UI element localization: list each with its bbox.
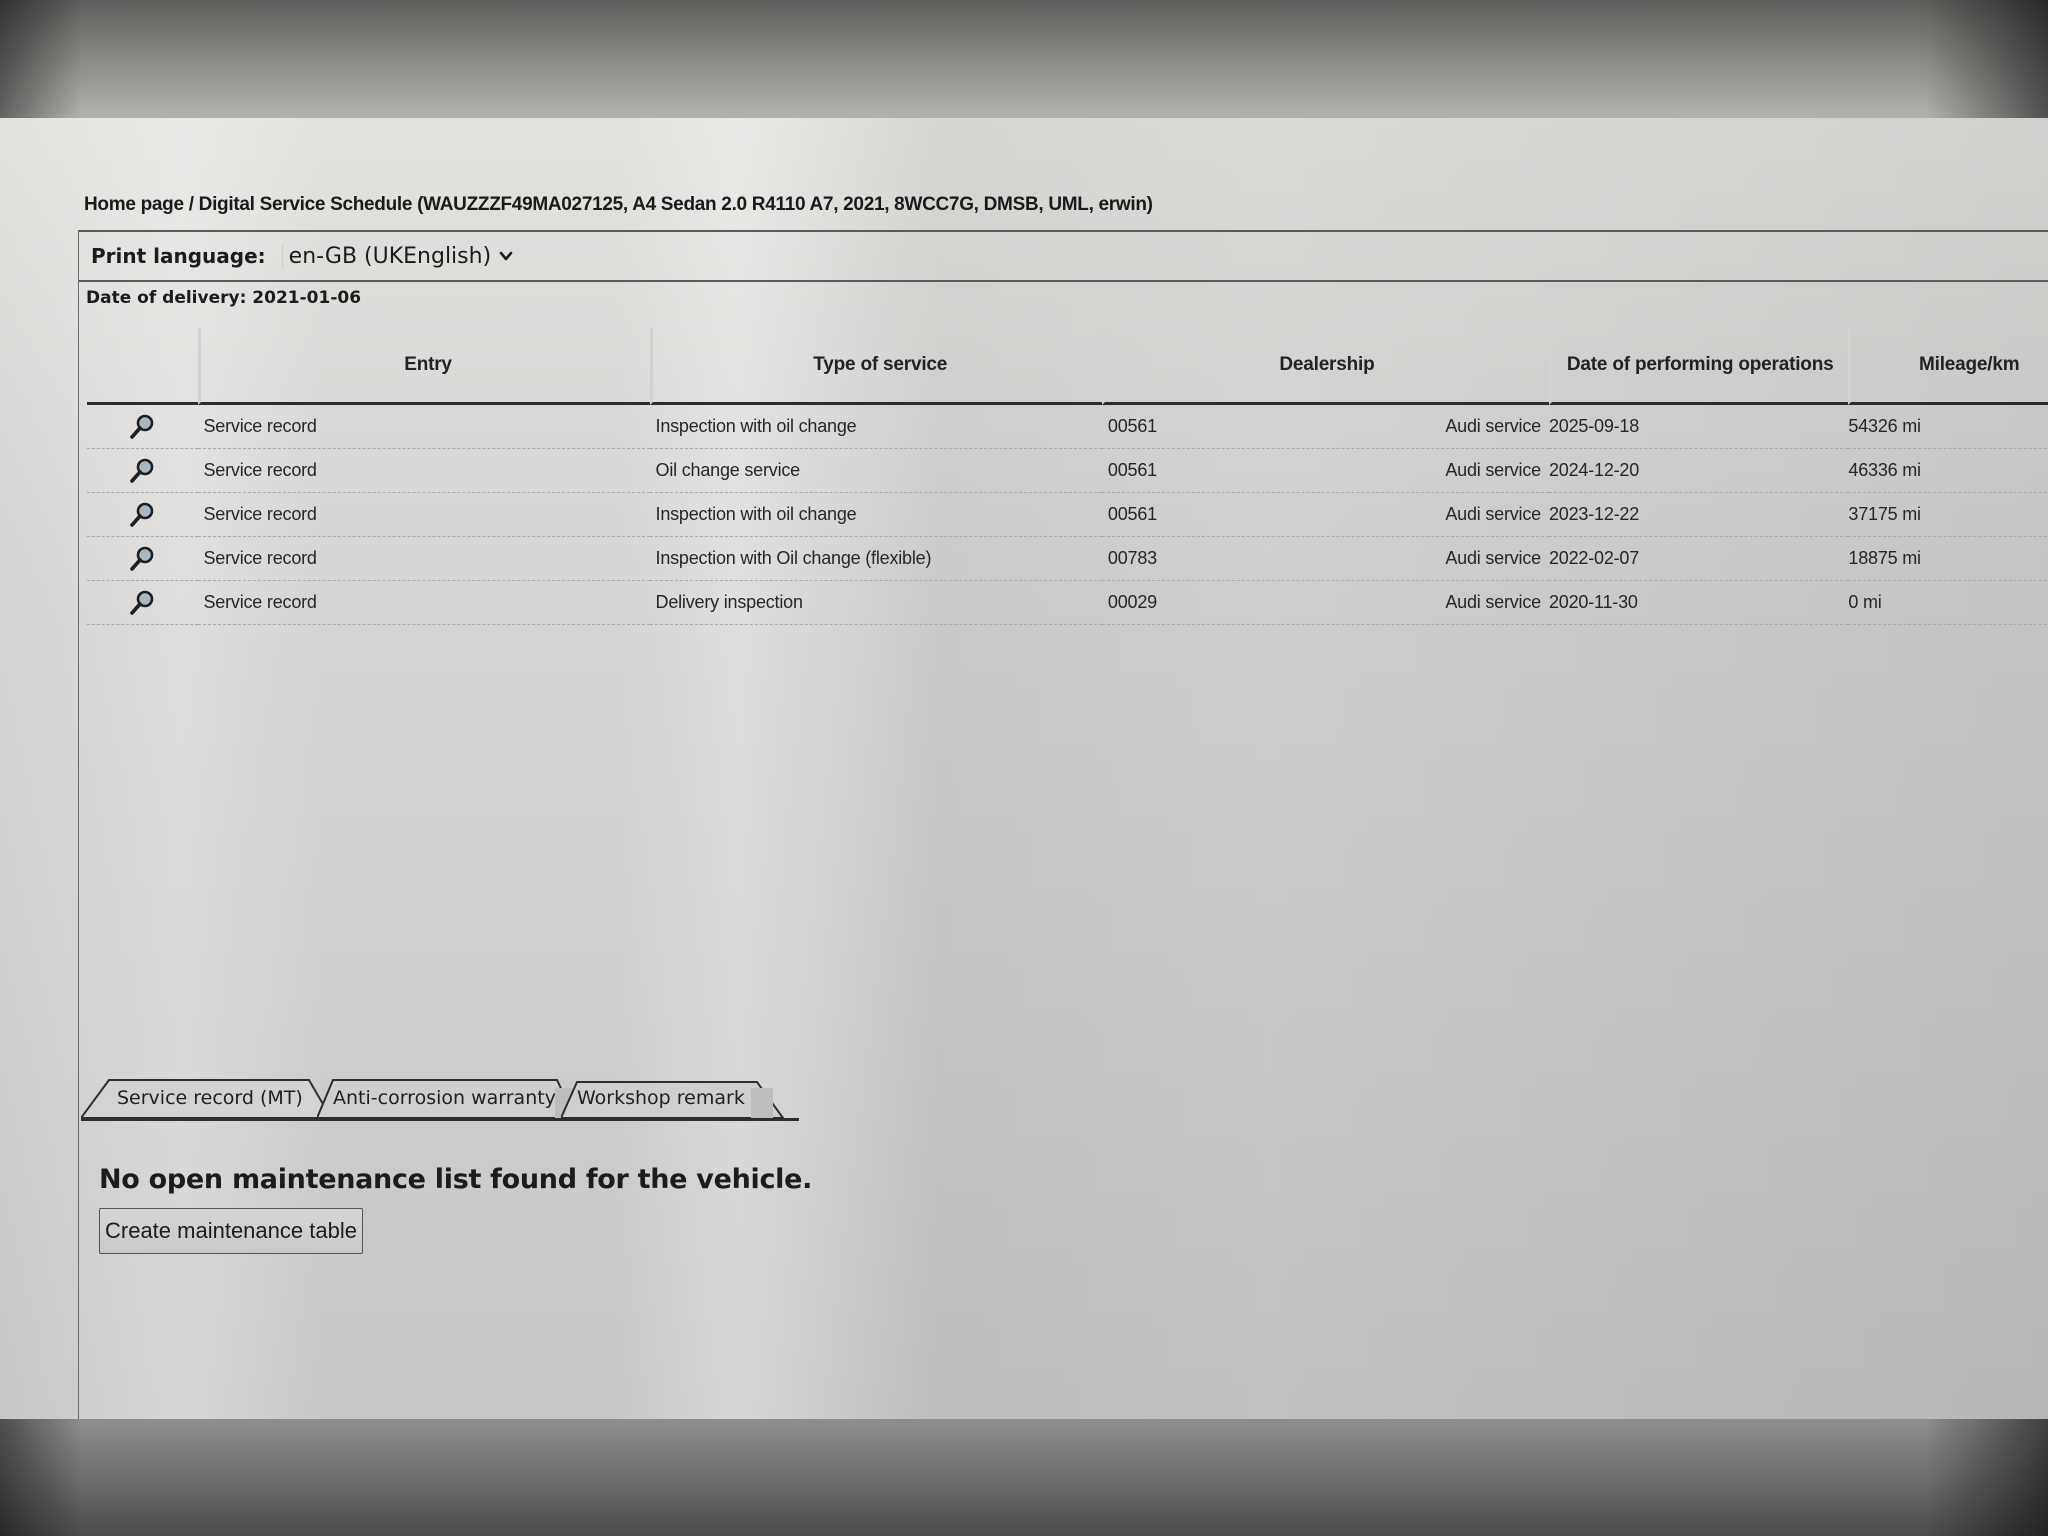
table-row[interactable]: Service record Oil change service 00561 … bbox=[87, 449, 2048, 493]
no-maintenance-message: No open maintenance list found for the v… bbox=[99, 1164, 812, 1195]
photo-backdrop-bottom bbox=[0, 1419, 2048, 1536]
dealer-name: Audi service bbox=[1445, 548, 1541, 569]
tab-service-record-mt[interactable]: Service record (MT) bbox=[81, 1078, 331, 1118]
table-row[interactable]: Service record Inspection with oil chang… bbox=[87, 405, 2048, 449]
dealer-code: 00783 bbox=[1108, 548, 1157, 569]
entry-cell: Service record bbox=[198, 537, 650, 581]
table-row[interactable]: Service record Inspection with oil chang… bbox=[87, 493, 2048, 537]
service-type-cell: Oil change service bbox=[650, 449, 1102, 493]
dealer-name: Audi service bbox=[1445, 592, 1541, 613]
dealer-name: Audi service bbox=[1445, 416, 1541, 437]
magnifier-icon[interactable] bbox=[128, 413, 156, 441]
content-frame: Print language: en-GB (UKEnglish) Date o… bbox=[78, 230, 2048, 1419]
service-records-table: Entry Type of service Dealership Date of… bbox=[87, 328, 2048, 625]
tab-label: Workshop remark bbox=[577, 1087, 745, 1109]
service-type-cell: Delivery inspection bbox=[650, 581, 1102, 625]
printed-page: Home page / Digital Service Schedule (WA… bbox=[0, 118, 2048, 1419]
tab-anti-corrosion-warranty[interactable]: Anti-corrosion warranty bbox=[317, 1078, 575, 1118]
mileage-cell: 46336 mi bbox=[1848, 449, 2048, 493]
dealer-name: Audi service bbox=[1445, 460, 1541, 481]
delivery-date: Date of delivery: 2021-01-06 bbox=[86, 288, 361, 308]
column-header-type: Type of service bbox=[650, 328, 1102, 405]
magnifier-icon[interactable] bbox=[128, 545, 156, 573]
dealer-code: 00561 bbox=[1108, 416, 1157, 437]
mileage-cell: 0 mi bbox=[1848, 581, 2048, 625]
date-cell: 2020-11-30 bbox=[1549, 581, 1848, 625]
mileage-cell: 37175 mi bbox=[1848, 493, 2048, 537]
photo-backdrop-top bbox=[0, 0, 2048, 118]
create-maintenance-table-button[interactable]: Create maintenance table bbox=[99, 1208, 363, 1254]
mileage-cell: 54326 mi bbox=[1848, 405, 2048, 449]
magnifier-icon[interactable] bbox=[128, 589, 156, 617]
entry-cell: Service record bbox=[198, 449, 650, 493]
chevron-down-icon bbox=[499, 249, 513, 263]
print-language-label: Print language: bbox=[91, 244, 266, 268]
service-type-cell: Inspection with oil change bbox=[650, 493, 1102, 537]
date-cell: 2024-12-20 bbox=[1549, 449, 1848, 493]
column-header-date: Date of performing operations bbox=[1549, 328, 1848, 405]
mileage-cell: 18875 mi bbox=[1848, 537, 2048, 581]
print-language-value: en-GB (UKEnglish) bbox=[289, 244, 492, 269]
tab-label: Anti-corrosion warranty bbox=[333, 1087, 556, 1109]
column-header-action bbox=[87, 328, 198, 405]
tab-bar: Service record (MT) Anti-corrosion warra… bbox=[81, 1072, 799, 1121]
column-header-mileage: Mileage/km bbox=[1848, 328, 2048, 405]
entry-cell: Service record bbox=[198, 581, 650, 625]
breadcrumb[interactable]: Home page / Digital Service Schedule (WA… bbox=[84, 194, 1153, 216]
print-language-bar: Print language: en-GB (UKEnglish) bbox=[79, 232, 2048, 282]
table-header-row: Entry Type of service Dealership Date of… bbox=[87, 328, 2048, 405]
tab-workshop-remark[interactable]: Workshop remark bbox=[561, 1078, 785, 1118]
table-row[interactable]: Service record Delivery inspection 00029… bbox=[87, 581, 2048, 625]
service-type-cell: Inspection with oil change bbox=[650, 405, 1102, 449]
date-cell: 2022-02-07 bbox=[1549, 537, 1848, 581]
table-row[interactable]: Service record Inspection with Oil chang… bbox=[87, 537, 2048, 581]
magnifier-icon[interactable] bbox=[128, 501, 156, 529]
entry-cell: Service record bbox=[198, 405, 650, 449]
tab-label: Service record (MT) bbox=[117, 1087, 303, 1109]
column-header-entry: Entry bbox=[198, 328, 650, 405]
dealer-code: 00029 bbox=[1108, 592, 1157, 613]
print-language-select[interactable]: en-GB (UKEnglish) bbox=[282, 244, 514, 269]
dealer-code: 00561 bbox=[1108, 504, 1157, 525]
dealer-name: Audi service bbox=[1445, 504, 1541, 525]
dealer-code: 00561 bbox=[1108, 460, 1157, 481]
date-cell: 2025-09-18 bbox=[1549, 405, 1848, 449]
entry-cell: Service record bbox=[198, 493, 650, 537]
service-type-cell: Inspection with Oil change (flexible) bbox=[650, 537, 1102, 581]
magnifier-icon[interactable] bbox=[128, 457, 156, 485]
column-header-dealership: Dealership bbox=[1102, 328, 1549, 405]
date-cell: 2023-12-22 bbox=[1549, 493, 1848, 537]
